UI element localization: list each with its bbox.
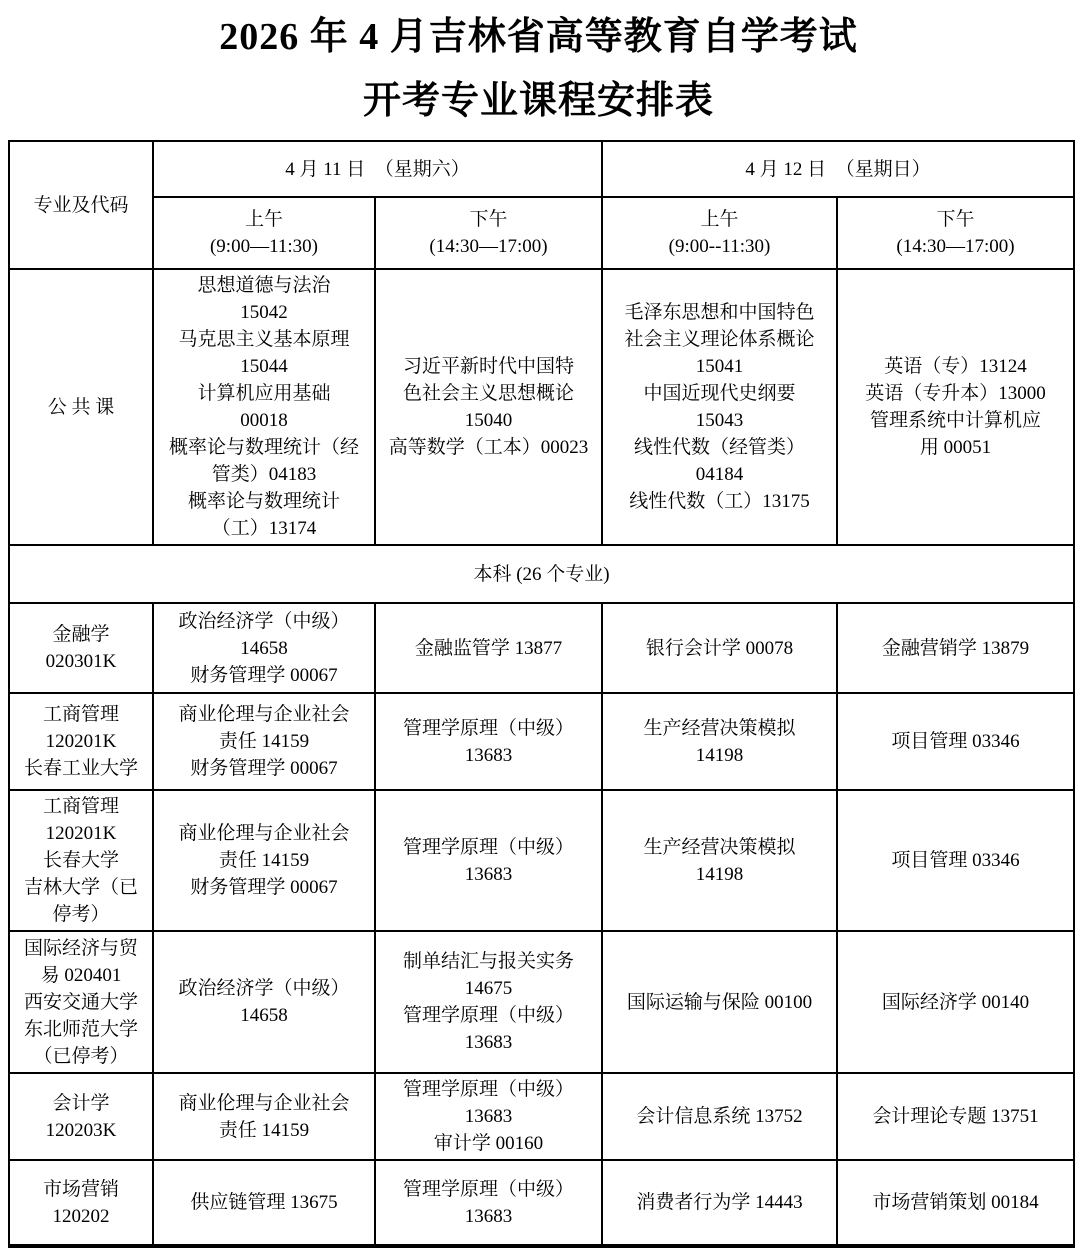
course-cell: 管理学原理（中级） 13683 bbox=[375, 693, 602, 790]
page-title-line2: 开考专业课程安排表 bbox=[0, 82, 1077, 120]
course-cell: 国际经济学 00140 bbox=[837, 931, 1074, 1073]
course-cell-public-sun-pm: 英语（专）13124 英语（专升本）13000 管理系统中计算机应 用 0005… bbox=[837, 269, 1074, 545]
page-title-line1: 2026 年 4 月吉林省高等教育自学考试 bbox=[0, 18, 1077, 56]
course-cell: 商业伦理与企业社会 责任 14159 bbox=[153, 1073, 375, 1160]
course-cell-public-sat-am: 思想道德与法治 15042 马克思主义基本原理 15044 计算机应用基础 00… bbox=[153, 269, 375, 545]
major-cell-business-admin-ccu-jlu: 工商管理 120201K 长春大学 吉林大学（已 停考） bbox=[9, 790, 153, 931]
major-row-business-admin-ccut: 工商管理 120201K 长春工业大学 商业伦理与企业社会 责任 14159 财… bbox=[9, 693, 1074, 790]
document-title: 2026 年 4 月吉林省高等教育自学考试 开考专业课程安排表 bbox=[0, 0, 1077, 120]
day-header-saturday: 4 月 11 日 （星期六） bbox=[153, 141, 602, 197]
public-courses-label: 公 共 课 bbox=[9, 269, 153, 545]
course-cell: 国际运输与保险 00100 bbox=[602, 931, 837, 1073]
major-cell-marketing: 市场营销 120202 bbox=[9, 1160, 153, 1246]
session-header-sun-pm: 下午 (14:30—17:00) bbox=[837, 197, 1074, 269]
course-cell: 生产经营决策模拟 14198 bbox=[602, 693, 837, 790]
document-page: 2026 年 4 月吉林省高等教育自学考试 开考专业课程安排表 专业及代码 4 … bbox=[0, 0, 1077, 1249]
course-cell: 政治经济学（中级） 14658 财务管理学 00067 bbox=[153, 603, 375, 693]
major-row-accounting: 会计学 120203K 商业伦理与企业社会 责任 14159 管理学原理（中级）… bbox=[9, 1073, 1074, 1160]
course-cell: 市场营销策划 00184 bbox=[837, 1160, 1074, 1246]
major-row-intl-economics-trade: 国际经济与贸 易 020401 西安交通大学 东北师范大学 （已停考） 政治经济… bbox=[9, 931, 1074, 1073]
major-row-finance: 金融学 020301K 政治经济学（中级） 14658 财务管理学 00067 … bbox=[9, 603, 1074, 693]
course-cell: 金融营销学 13879 bbox=[837, 603, 1074, 693]
course-cell-public-sat-pm: 习近平新时代中国特 色社会主义思想概论 15040 高等数学（工本）00023 bbox=[375, 269, 602, 545]
course-cell: 管理学原理（中级） 13683 审计学 00160 bbox=[375, 1073, 602, 1160]
course-cell: 项目管理 03346 bbox=[837, 790, 1074, 931]
course-cell: 供应链管理 13675 bbox=[153, 1160, 375, 1246]
session-header-sun-am: 上午 (9:00--11:30) bbox=[602, 197, 837, 269]
course-cell: 管理学原理（中级） 13683 bbox=[375, 790, 602, 931]
major-row-business-admin-ccu-jlu: 工商管理 120201K 长春大学 吉林大学（已 停考） 商业伦理与企业社会 责… bbox=[9, 790, 1074, 931]
course-cell: 金融监管学 13877 bbox=[375, 603, 602, 693]
course-cell: 商业伦理与企业社会 责任 14159 财务管理学 00067 bbox=[153, 693, 375, 790]
course-cell: 管理学原理（中级） 13683 bbox=[375, 1160, 602, 1246]
day-header-sunday: 4 月 12 日 （星期日） bbox=[602, 141, 1074, 197]
course-cell-public-sun-am: 毛泽东思想和中国特色 社会主义理论体系概论 15041 中国近现代史纲要 150… bbox=[602, 269, 837, 545]
major-row-marketing: 市场营销 120202 供应链管理 13675 管理学原理（中级） 13683 … bbox=[9, 1160, 1074, 1246]
course-cell: 消费者行为学 14443 bbox=[602, 1160, 837, 1246]
course-cell: 制单结汇与报关实务 14675 管理学原理（中级） 13683 bbox=[375, 931, 602, 1073]
course-cell: 政治经济学（中级） 14658 bbox=[153, 931, 375, 1073]
exam-schedule-table: 专业及代码 4 月 11 日 （星期六） 4 月 12 日 （星期日） 上午 (… bbox=[8, 140, 1075, 1248]
course-cell: 银行会计学 00078 bbox=[602, 603, 837, 693]
course-cell: 生产经营决策模拟 14198 bbox=[602, 790, 837, 931]
public-courses-row: 公 共 课 思想道德与法治 15042 马克思主义基本原理 15044 计算机应… bbox=[9, 269, 1074, 545]
course-cell: 会计理论专题 13751 bbox=[837, 1073, 1074, 1160]
major-cell-intl-economics-trade: 国际经济与贸 易 020401 西安交通大学 东北师范大学 （已停考） bbox=[9, 931, 153, 1073]
section-header-undergraduate: 本科 (26 个专业) bbox=[9, 545, 1074, 603]
section-header-row: 本科 (26 个专业) bbox=[9, 545, 1074, 603]
major-cell-finance: 金融学 020301K bbox=[9, 603, 153, 693]
course-cell: 会计信息系统 13752 bbox=[602, 1073, 837, 1160]
major-cell-accounting: 会计学 120203K bbox=[9, 1073, 153, 1160]
major-and-code-header: 专业及代码 bbox=[9, 141, 153, 269]
session-header-sat-pm: 下午 (14:30—17:00) bbox=[375, 197, 602, 269]
course-cell: 项目管理 03346 bbox=[837, 693, 1074, 790]
session-header-sat-am: 上午 (9:00—11:30) bbox=[153, 197, 375, 269]
major-cell-business-admin-ccut: 工商管理 120201K 长春工业大学 bbox=[9, 693, 153, 790]
course-cell: 商业伦理与企业社会 责任 14159 财务管理学 00067 bbox=[153, 790, 375, 931]
